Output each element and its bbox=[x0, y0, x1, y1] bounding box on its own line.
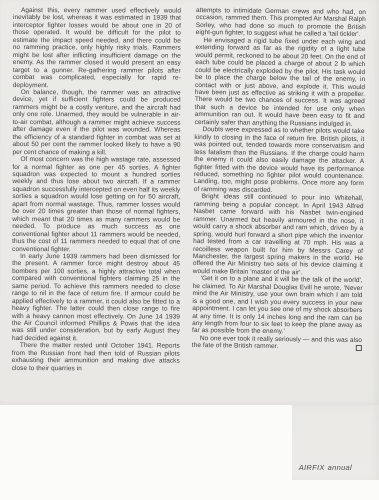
publication-name: AIRFIX bbox=[299, 463, 325, 472]
paragraph: There the matter rested until October 19… bbox=[12, 342, 180, 372]
paragraph: Bright ideas still continued to pour int… bbox=[193, 193, 364, 277]
end-of-article-marker-icon bbox=[355, 345, 362, 352]
paragraph: He envisaged a rigid tube fixed under ea… bbox=[195, 37, 366, 129]
text-column-right: attempts to intimidate German crews and … bbox=[192, 7, 366, 352]
paragraph: In early June 1939 rammers had been dism… bbox=[12, 253, 180, 343]
publication-footer: AIRFIXannual bbox=[299, 463, 352, 472]
paragraph: Doubts were expressed as to whether pilo… bbox=[194, 126, 365, 195]
publication-suffix: annual bbox=[328, 463, 352, 472]
paragraph: No one ever took it really seriously — a… bbox=[192, 335, 362, 352]
scanned-magazine-page: Against this, every rammer used effectiv… bbox=[0, 0, 379, 500]
paragraph: Of most concern was the high wastage rat… bbox=[12, 156, 180, 253]
text-column-left: Against this, every rammer used effectiv… bbox=[12, 7, 181, 373]
paragraph: 'Get it on to a plane and it will be the… bbox=[192, 275, 363, 337]
paragraph: On balance, though, the rammer was an at… bbox=[12, 89, 180, 157]
paragraph: attempts to intimidate German crews and … bbox=[196, 7, 366, 39]
paragraph: Against this, every rammer used effectiv… bbox=[13, 7, 181, 90]
